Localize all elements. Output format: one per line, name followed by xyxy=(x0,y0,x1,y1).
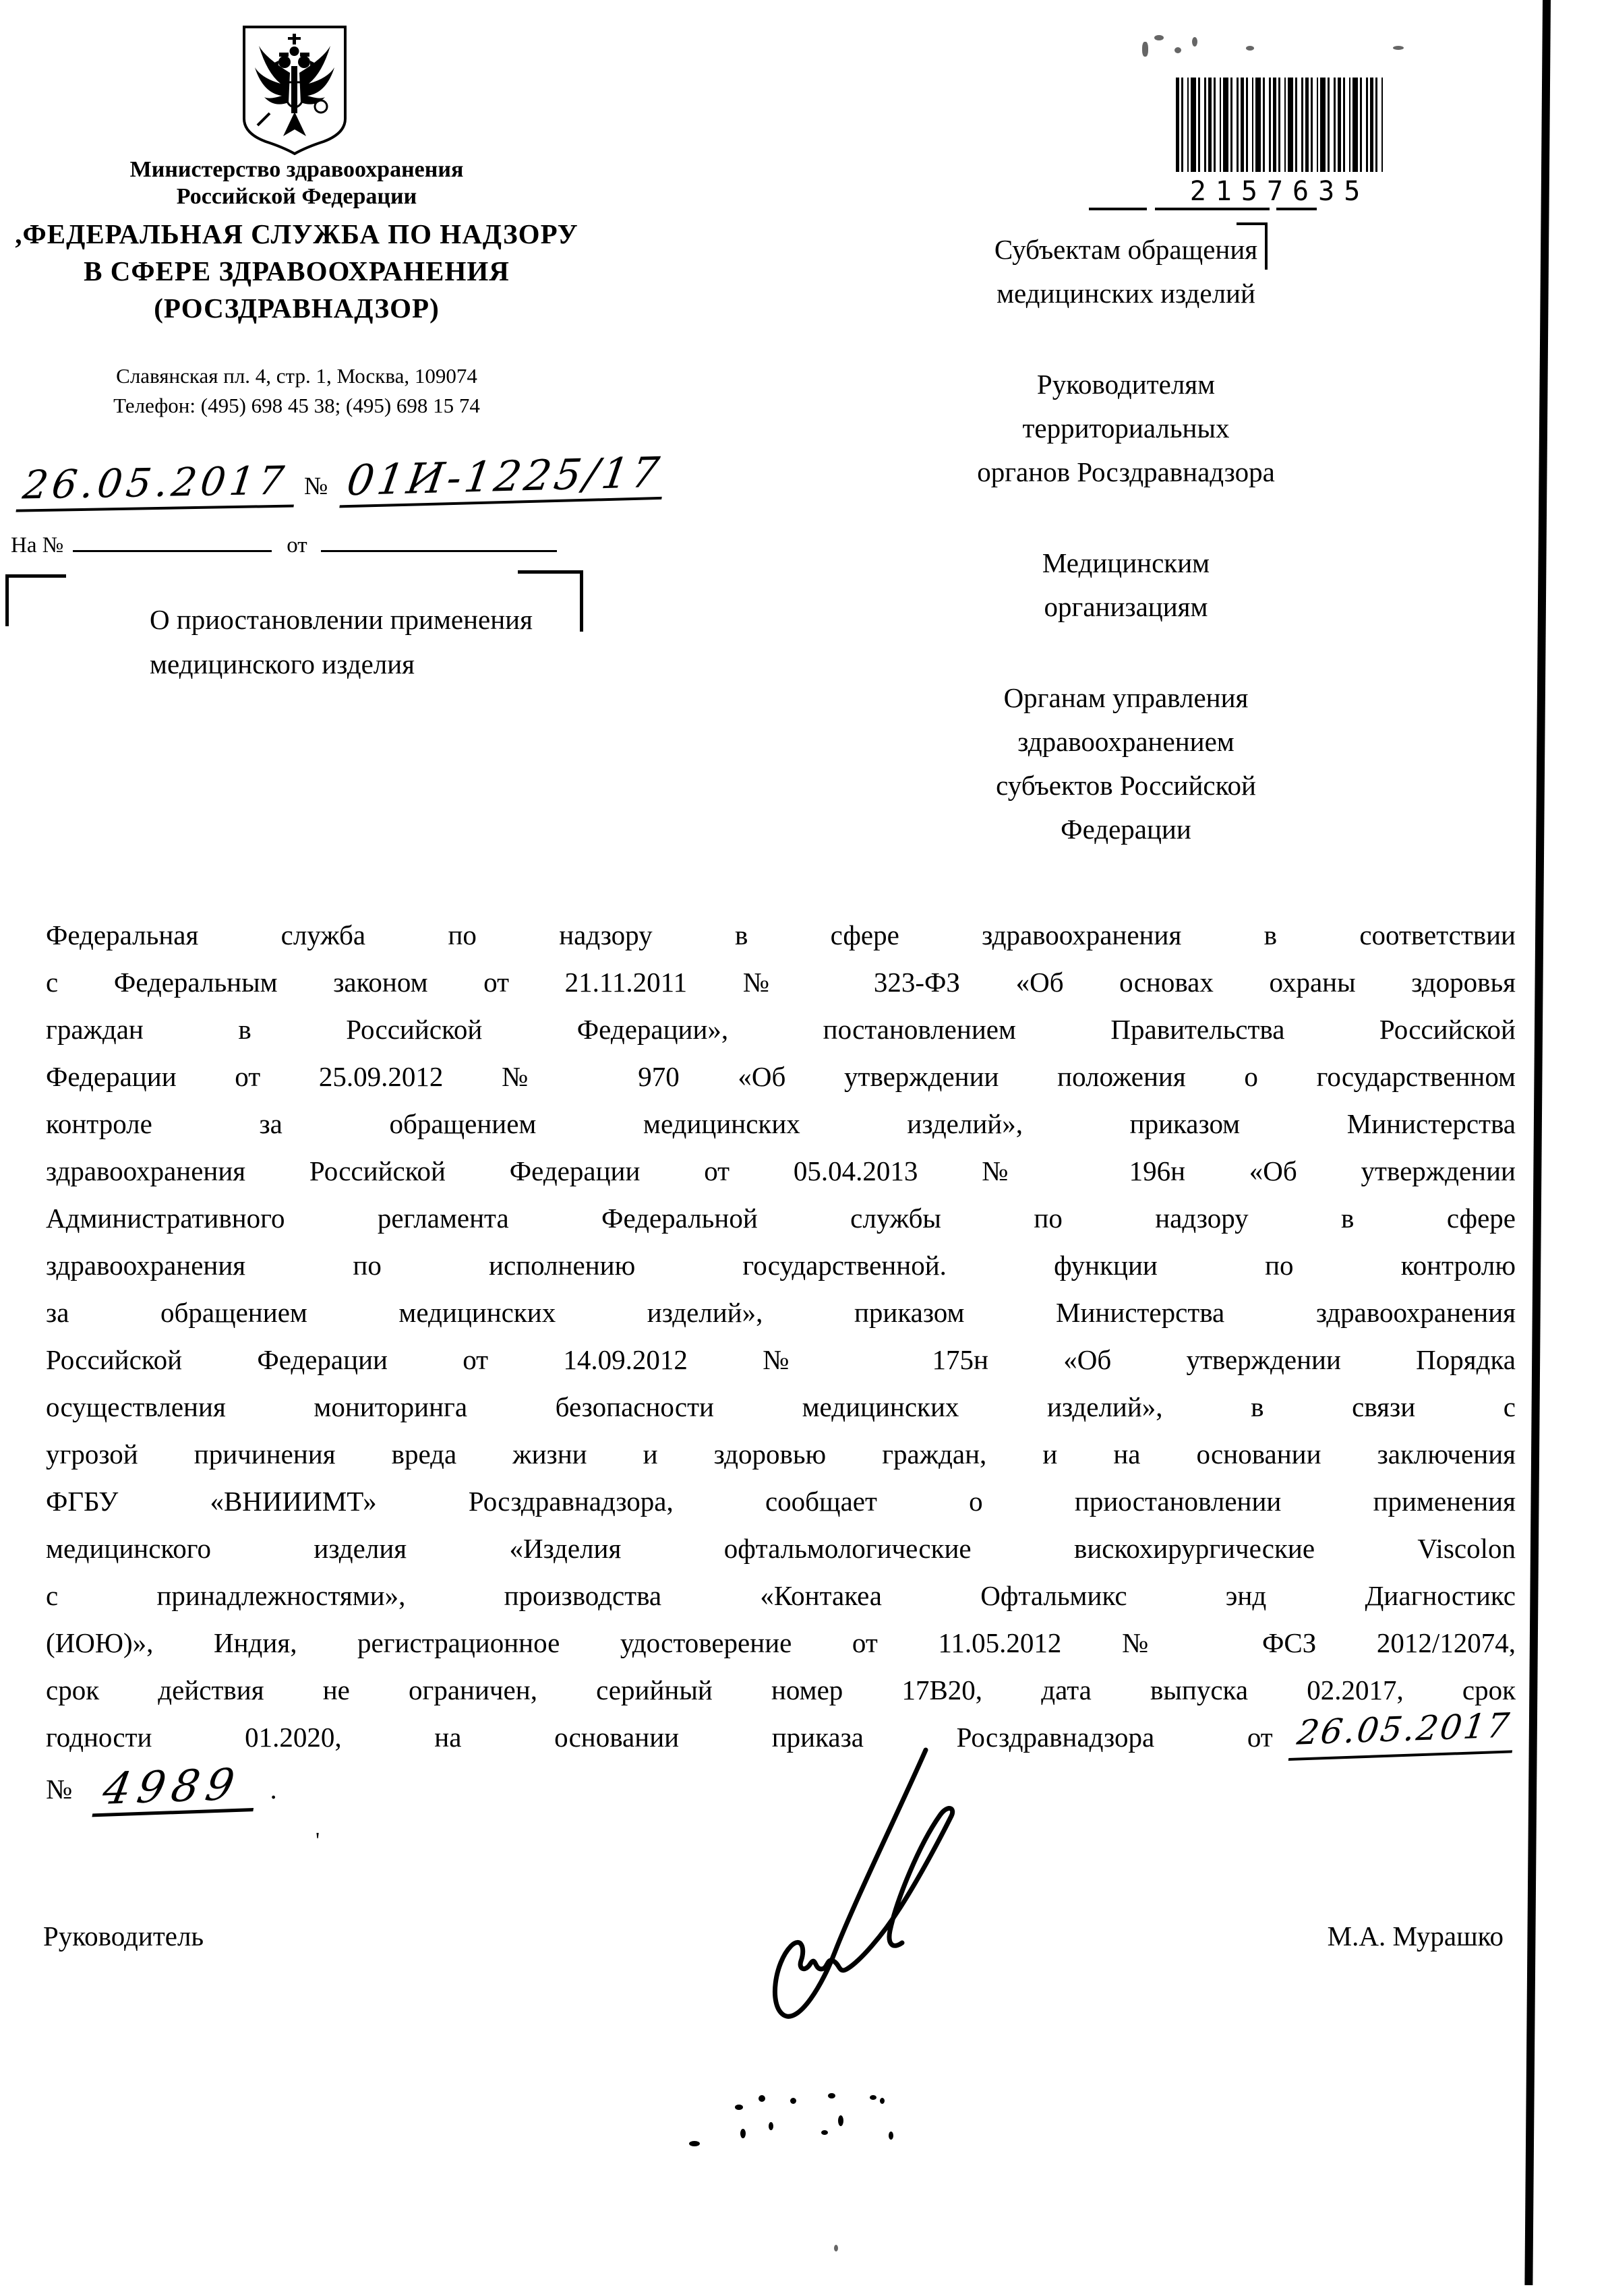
barcode-block: 2157635 xyxy=(1176,78,1384,207)
contact-block: Славянская пл. 4, стр. 1, Москва, 109074… xyxy=(0,361,593,421)
service-line-3: (РОСЗДРАВНАДЗОР) xyxy=(0,290,600,327)
barcode-icon xyxy=(1176,78,1384,172)
body-text-line: Федеральная служба по надзору в сфере зд… xyxy=(46,911,1516,959)
scan-edge-line xyxy=(1524,0,1551,2285)
handwritten-order-date: 26.05.2017 xyxy=(1288,1701,1519,1761)
body-text-line: Административного регламента Федеральной… xyxy=(46,1195,1516,1242)
body-text-line: с принадлежностями», производства «Конта… xyxy=(46,1572,1516,1619)
body-text-line: Российской Федерации от 14.09.2012 № 175… xyxy=(46,1336,1516,1383)
addressee-block: Субъектам обращения медицинских изделий xyxy=(930,228,1321,315)
addressee-block: Медицинским организациям xyxy=(930,541,1321,629)
handwritten-outgoing-number: 01И-1225/17 xyxy=(339,448,670,508)
subject-line-1: О приостановлении применения xyxy=(150,597,676,642)
body-text-line: осуществления мониторинга безопасности м… xyxy=(46,1383,1516,1430)
body-text-line: с Федеральным законом от 21.11.2011 № 32… xyxy=(46,959,1516,1006)
postal-address: Славянская пл. 4, стр. 1, Москва, 109074 xyxy=(0,361,593,391)
registration-line: 26.05.2017 № 01И-1225/17 xyxy=(9,445,751,533)
subject-corner-bracket-left xyxy=(5,574,66,626)
dash xyxy=(1155,208,1270,210)
double-eagle-emblem xyxy=(240,24,349,156)
reply-ref-label: На № xyxy=(11,533,63,557)
scanned-letter-page: Министерство здравоохранения Российской … xyxy=(0,0,1606,2296)
letter-subject: О приостановлении применения медицинског… xyxy=(150,597,676,686)
body-text-line: здравоохранения по исполнению государств… xyxy=(46,1242,1516,1289)
ministry-line-1: Министерство здравоохранения xyxy=(0,156,593,183)
barcode-digits: 2157635 xyxy=(1176,176,1384,207)
reply-from-label: от xyxy=(287,533,307,557)
body-paragraph: Федеральная служба по надзору в сфере зд… xyxy=(46,911,1516,1714)
dash xyxy=(1276,208,1317,210)
body-text-line: медицинского изделия «Изделия офтальмоло… xyxy=(46,1525,1516,1572)
body-text-line: контроле за обращением медицинских издел… xyxy=(46,1100,1516,1147)
signature-stroke xyxy=(630,1746,994,2036)
reply-date-blank xyxy=(321,526,557,552)
ministry-line-2: Российской Федерации xyxy=(0,183,593,210)
body-text-line: здравоохранения Российской Федерации от … xyxy=(46,1147,1516,1195)
addressee-block: Органам управления здравоохранением субъ… xyxy=(930,676,1321,851)
subject-line-2: медицинского изделия xyxy=(150,642,676,686)
closing-period: . xyxy=(270,1774,277,1805)
body-text-line: (ИОЮ)», Индия, регистрационное удостовер… xyxy=(46,1619,1516,1666)
ministry-name: Министерство здравоохранения Российской … xyxy=(0,156,593,210)
body-text-line: срок действия не ограничен, серийный ном… xyxy=(46,1666,1516,1714)
service-line-1: ,ФЕДЕРАЛЬНАЯ СЛУЖБА ПО НАДЗОРУ xyxy=(0,216,600,253)
coat-of-arms-icon xyxy=(240,24,349,156)
phone-numbers: Телефон: (495) 698 45 38; (495) 698 15 7… xyxy=(0,391,593,421)
body-text-line: Федерации от 25.09.2012 № 970 «Об утверж… xyxy=(46,1053,1516,1100)
signer-title: Руководитель xyxy=(43,1920,204,1952)
reply-number-blank xyxy=(73,526,272,552)
ink-speck: ' xyxy=(316,1828,320,1854)
body-text-line: угрозой причинения вреда жизни и здоровь… xyxy=(46,1430,1516,1478)
reply-reference-line: На №от xyxy=(11,526,651,558)
handwritten-outgoing-date: 26.05.2017 xyxy=(16,457,299,512)
number-sign: № xyxy=(304,472,328,501)
addressee-list: Субъектам обращения медицинских изделий … xyxy=(930,228,1321,851)
letter-body: Федеральная служба по надзору в сфере зд… xyxy=(46,911,1516,1813)
service-line-2: В СФЕРЕ ЗДРАВООХРАНЕНИЯ xyxy=(0,253,600,290)
addressee-block: Руководителям территориальных органов Ро… xyxy=(930,363,1321,494)
service-name: ,ФЕДЕРАЛЬНАЯ СЛУЖБА ПО НАДЗОРУ В СФЕРЕ З… xyxy=(0,216,600,327)
signer-name: М.А. Мурашко xyxy=(1214,1920,1504,1952)
order-number-sign: № xyxy=(46,1774,72,1805)
body-text-line: ФГБУ «ВНИИИМТ» Росздравнадзора, сообщает… xyxy=(46,1478,1516,1525)
body-text-line: граждан в Российской Федерации», постано… xyxy=(46,1006,1516,1053)
handwritten-order-number: 4989 xyxy=(92,1761,262,1817)
dash xyxy=(1089,208,1147,210)
handwritten-signature xyxy=(630,1746,994,2036)
body-text-line: за обращением медицинских изделий», прик… xyxy=(46,1289,1516,1336)
